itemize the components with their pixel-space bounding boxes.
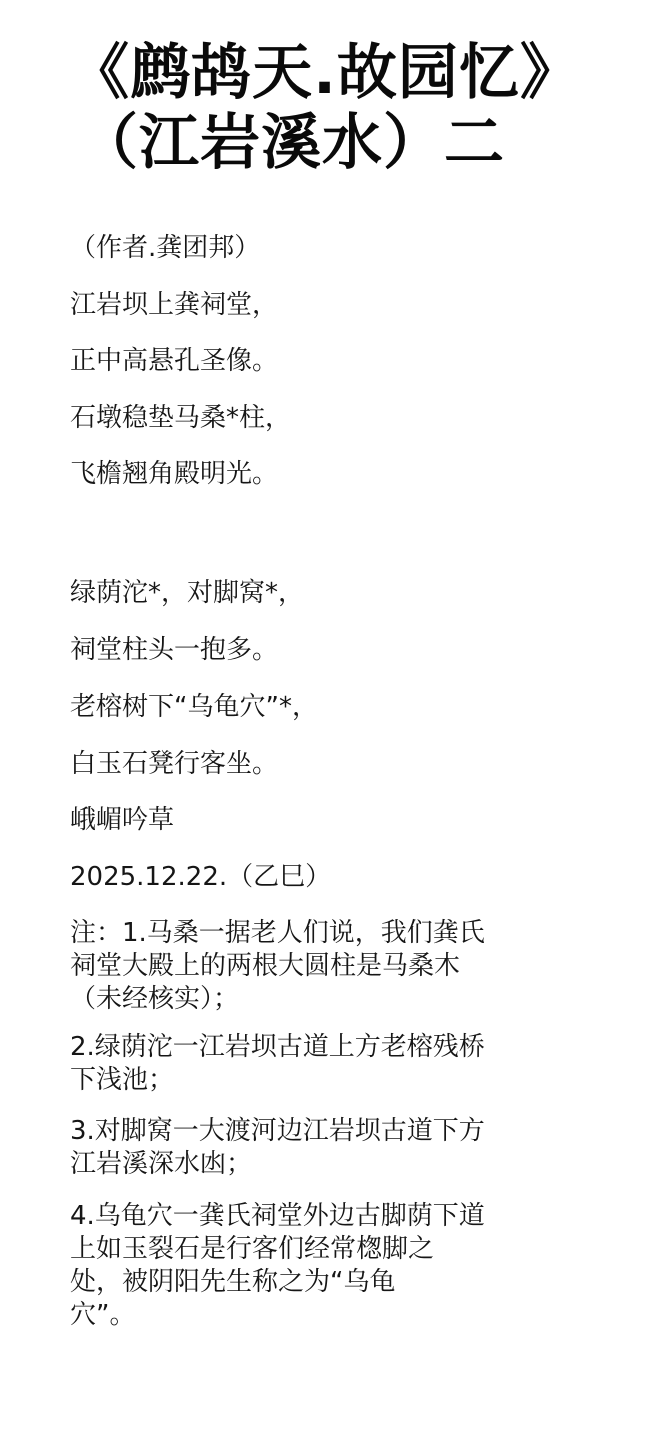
date-line: 2025.12.22.（乙巳） [70, 860, 331, 894]
note-1: 注：1.马桑一据老人们说，我们龚氏 祠堂大殿上的两根大圆柱是马桑木 （未经核实）… [70, 917, 590, 1016]
poem-line: 正中高悬孔圣像。 [70, 344, 278, 378]
note-line: 注：1.马桑一据老人们说，我们龚氏 [70, 917, 590, 950]
note-line: 祠堂大殿上的两根大圆柱是马桑木 [70, 950, 590, 983]
note-line: 江岩溪深水凼； [70, 1148, 590, 1181]
note-line: 穴”。 [70, 1299, 590, 1332]
poem-line: 白玉石凳行客坐。 [70, 747, 278, 781]
note-3: 3.对脚窝一大渡河边江岩坝古道下方 江岩溪深水凼； [70, 1115, 590, 1181]
note-4: 4.乌龟穴一龚氏祠堂外边古脚荫下道 上如玉裂石是行客们经常楤脚之 处，被阴阳先生… [70, 1200, 590, 1332]
author-line: （作者.龚团邦） [70, 231, 260, 265]
poem-line: 老榕树下“乌龟穴”*， [70, 690, 318, 724]
poem-line: 石墩稳垫马桑*柱， [70, 401, 291, 435]
note-line: （未经核实）； [70, 983, 590, 1016]
poem-line: 江岩坝上龚祠堂， [70, 288, 278, 322]
poem-line: 绿荫沱*，对脚窝*， [70, 576, 304, 610]
note-line: 2.绿荫沱一江岩坝古道上方老榕残桥 [70, 1031, 590, 1064]
note-line: 上如玉裂石是行客们经常楤脚之 [70, 1233, 590, 1266]
note-line: 下浅池； [70, 1064, 590, 1097]
poem-line: 飞檐翘角殿明光。 [70, 457, 278, 491]
note-line: 处，被阴阳先生称之为“乌龟 [70, 1266, 590, 1299]
poem-line: 祠堂柱头一抱多。 [70, 633, 278, 667]
note-line: 4.乌龟穴一龚氏祠堂外边古脚荫下道 [70, 1200, 590, 1233]
note-2: 2.绿荫沱一江岩坝古道上方老榕残桥 下浅池； [70, 1031, 590, 1097]
poem-subtitle: （江岩溪水）二 [78, 108, 650, 178]
signature: 峨嵋吟草 [70, 803, 174, 837]
note-line: 3.对脚窝一大渡河边江岩坝古道下方 [70, 1115, 590, 1148]
poem-title: 《鹧鸪天.故园忆》 [0, 38, 650, 108]
